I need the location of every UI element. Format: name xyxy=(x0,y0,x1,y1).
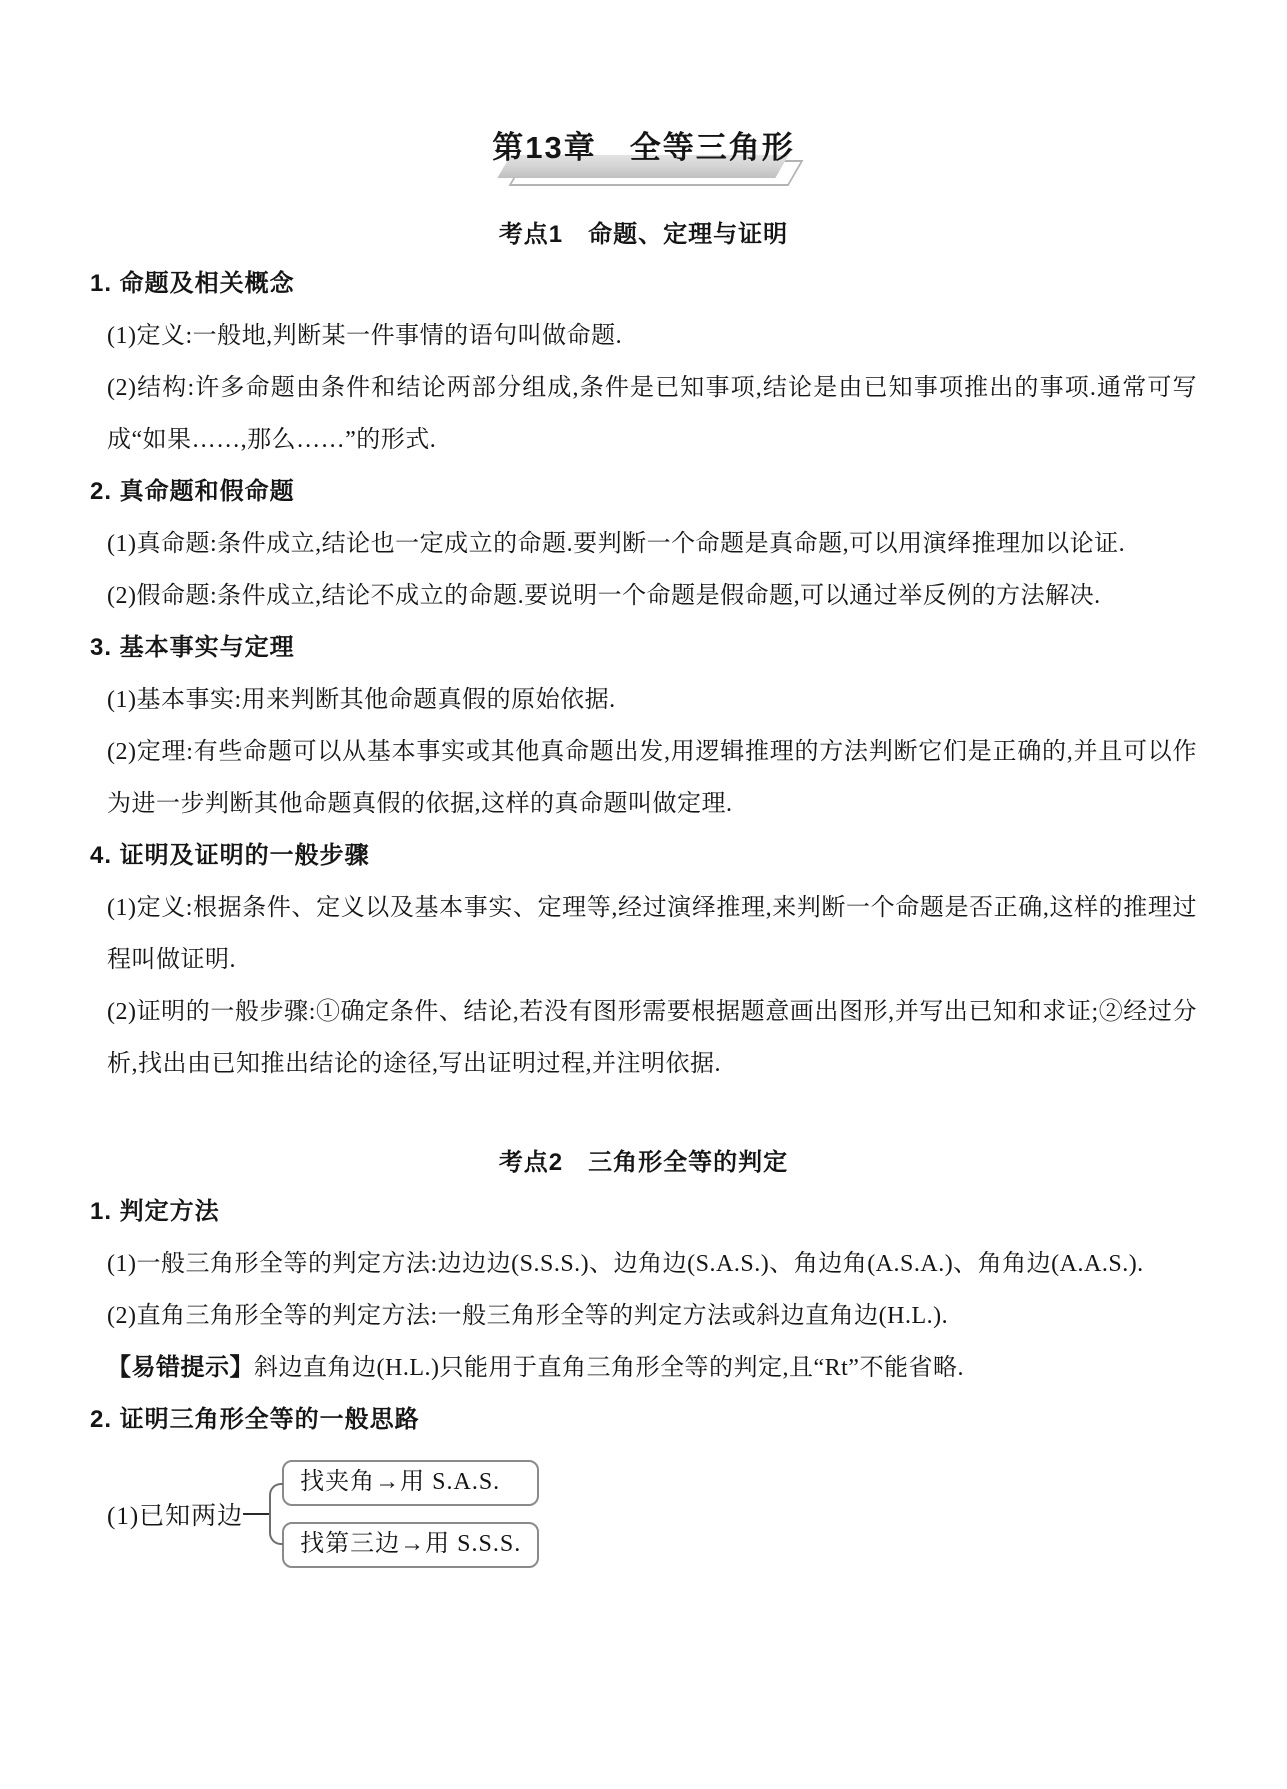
flowchart: (1)已知两边 找夹角→用 S.A.S. 找第三边→用 S.S.S. xyxy=(107,1460,1287,1568)
dash-connector xyxy=(243,1513,269,1515)
tip-text: 斜边直角边(H.L.)只能用于直角三角形全等的判定,且“Rt”不能省略. xyxy=(254,1355,964,1381)
section-1-content: 1. 命题及相关概念 (1)定义:一般地,判断某一件事情的语句叫做命题. (2)… xyxy=(90,258,1197,1090)
paragraph: (2)定理:有些命题可以从基本事实或其他真命题出发,用逻辑推理的方法判断它们是正… xyxy=(90,726,1197,830)
flowchart-branches: 找夹角→用 S.A.S. 找第三边→用 S.S.S. xyxy=(269,1460,539,1568)
flowchart-label: (1)已知两边 xyxy=(107,1496,243,1532)
branch-box: 找第三边→用 S.S.S. xyxy=(282,1522,539,1568)
bracket-connector xyxy=(269,1483,283,1545)
paragraph: (1)一般三角形全等的判定方法:边边边(S.S.S.)、边角边(S.A.S.)、… xyxy=(90,1238,1197,1290)
subsection-heading: 2. 真命题和假命题 xyxy=(90,466,1197,518)
tip-paragraph: 【易错提示】斜边直角边(H.L.)只能用于直角三角形全等的判定,且“Rt”不能省… xyxy=(90,1342,1197,1394)
paragraph: (1)基本事实:用来判断其他命题真假的原始依据. xyxy=(90,674,1197,726)
section-2-content: 1. 判定方法 (1)一般三角形全等的判定方法:边边边(S.S.S.)、边角边(… xyxy=(90,1186,1197,1446)
paragraph: (2)假命题:条件成立,结论不成立的命题.要说明一个命题是假命题,可以通过举反例… xyxy=(90,570,1197,622)
tip-label: 【易错提示】 xyxy=(107,1354,254,1381)
paragraph: (1)定义:一般地,判断某一件事情的语句叫做命题. xyxy=(90,310,1197,362)
paragraph: (2)直角三角形全等的判定方法:一般三角形全等的判定方法或斜边直角边(H.L.)… xyxy=(90,1290,1197,1342)
paragraph: (1)定义:根据条件、定义以及基本事实、定理等,经过演绎推理,来判断一个命题是否… xyxy=(90,882,1197,986)
chapter-banner: 第13章 全等三角形 xyxy=(0,0,1287,212)
topic-heading-2: 考点2 三角形全等的判定 xyxy=(0,1140,1287,1186)
subsection-heading: 3. 基本事实与定理 xyxy=(90,622,1197,674)
subsection-heading: 4. 证明及证明的一般步骤 xyxy=(90,830,1197,882)
subsection-heading: 1. 判定方法 xyxy=(90,1186,1197,1238)
branch-box: 找夹角→用 S.A.S. xyxy=(282,1460,539,1506)
subsection-heading: 2. 证明三角形全等的一般思路 xyxy=(90,1394,1197,1446)
topic-heading-1: 考点1 命题、定理与证明 xyxy=(0,212,1287,258)
paragraph: (1)真命题:条件成立,结论也一定成立的命题.要判断一个命题是真命题,可以用演绎… xyxy=(90,518,1197,570)
paragraph: (2)证明的一般步骤:①确定条件、结论,若没有图形需要根据题意画出图形,并写出已… xyxy=(90,986,1197,1090)
chapter-title: 第13章 全等三角形 xyxy=(0,122,1287,167)
paragraph: (2)结构:许多命题由条件和结论两部分组成,条件是已知事项,结论是由已知事项推出… xyxy=(90,362,1197,466)
textbook-page: 第13章 全等三角形 考点1 命题、定理与证明 1. 命题及相关概念 (1)定义… xyxy=(0,0,1287,1789)
subsection-heading: 1. 命题及相关概念 xyxy=(90,258,1197,310)
